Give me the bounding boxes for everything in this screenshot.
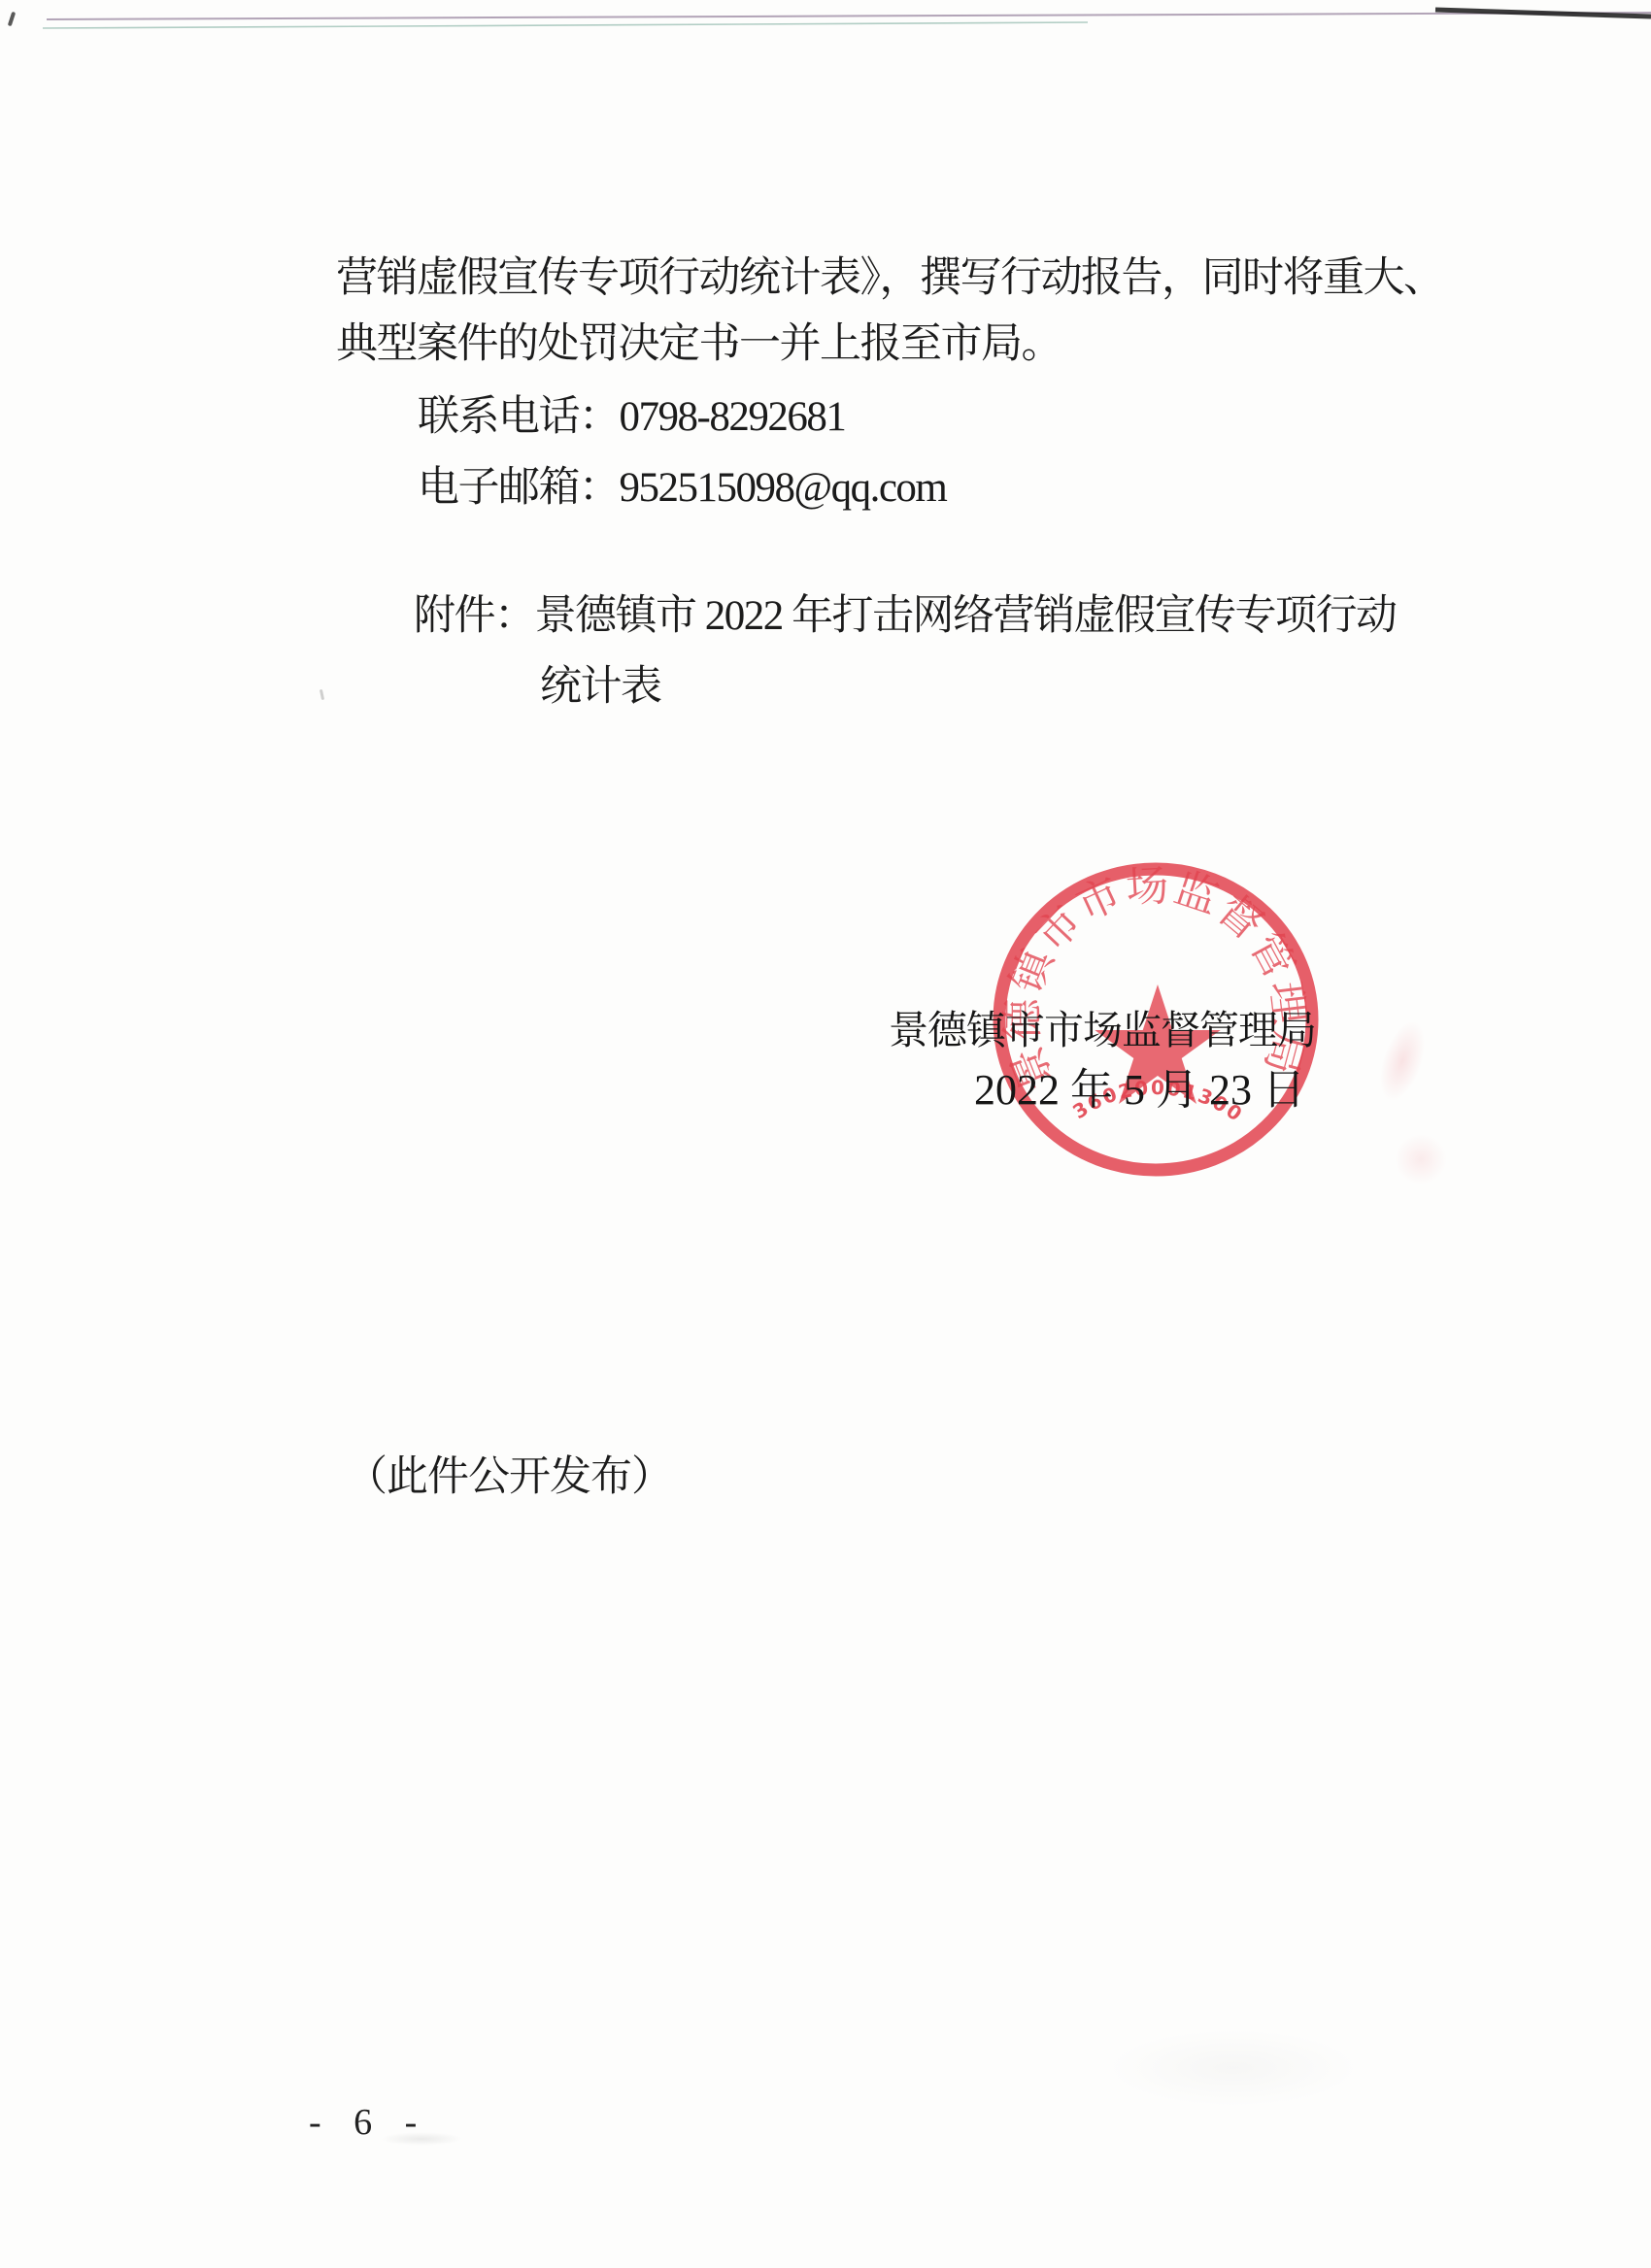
scan-smudge (1107, 2029, 1360, 2107)
contact-email-line: 电子邮箱：952515098@qq.com (418, 454, 946, 514)
contact-phone-line: 联系电话：0798-8292681 (418, 384, 845, 443)
scan-line-lower (43, 22, 1088, 28)
paragraph-line-2: 典型案件的处罚决定书一并上报至市局。 (336, 311, 1061, 370)
scan-line-artifacts (0, 0, 1651, 58)
attachment-line-1: 附件：景德镇市 2022 年打击网络营销虚假宣传专项行动 (414, 583, 1397, 642)
scan-speck (320, 689, 324, 700)
signature-date: 2022 年 5 月 23 日 (974, 1054, 1305, 1117)
signature-org-name: 景德镇市市场监督管理局 (889, 998, 1316, 1055)
scan-line-upper (47, 13, 1651, 19)
seal-ink-smudge (1395, 1134, 1447, 1184)
seal-ink-smudge (1371, 1016, 1434, 1107)
scan-line-right-dark (1435, 10, 1651, 17)
paragraph-line-1: 营销虚假宣传专项行动统计表》，撰写行动报告，同时将重大、 (336, 245, 1444, 304)
scan-tick-mark (8, 12, 16, 27)
document-page: 营销虚假宣传专项行动统计表》，撰写行动报告，同时将重大、 典型案件的处罚决定书一… (0, 0, 1651, 2268)
page-number: - 6 - (309, 2101, 428, 2144)
attachment-line-2: 统计表 (540, 653, 661, 713)
public-release-note: （此件公开发布） (346, 1444, 672, 1503)
